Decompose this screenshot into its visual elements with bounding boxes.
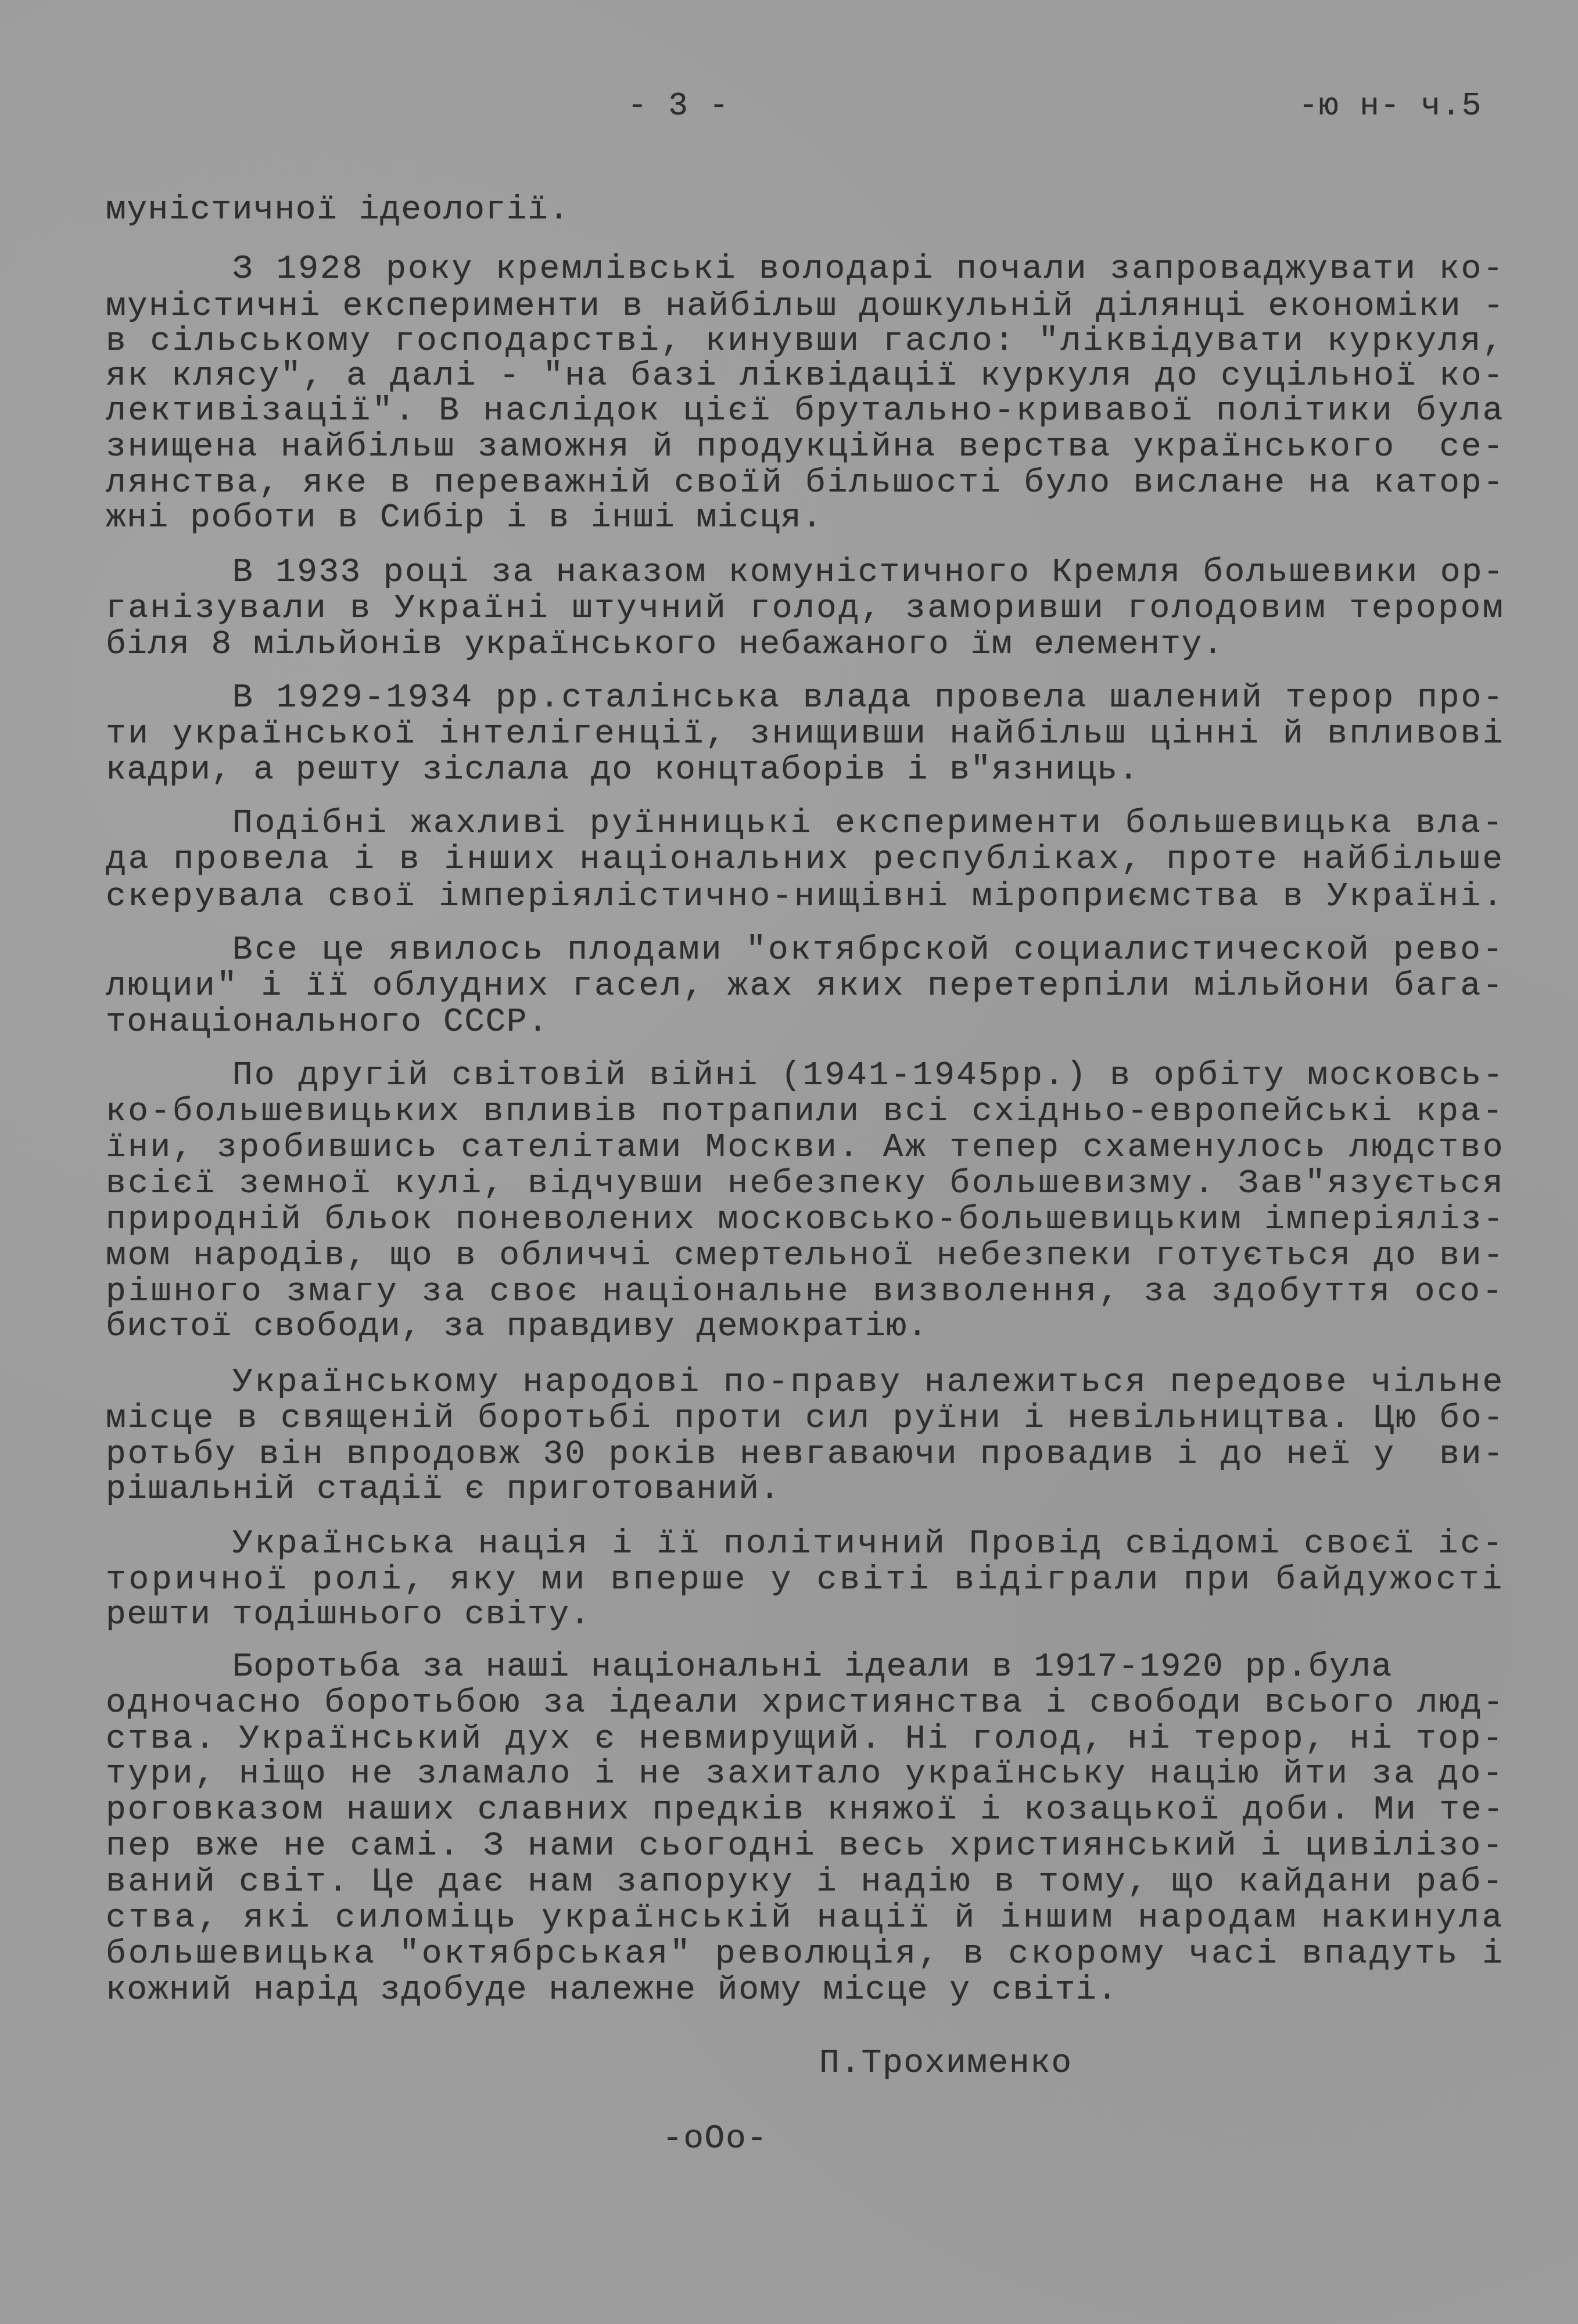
text-line: да провела і в інших національних респуб… [106,841,1505,878]
text-line: знищена найбільш заможня й продукційна в… [106,429,1505,466]
text-line: кожний нарід здобуде належне йому місце … [106,1972,1118,2009]
text-line: в сільському господарстві, кинувши гасло… [106,323,1505,360]
text-line: ваний світ. Це дає нам запоруку і надію … [106,1864,1505,1901]
text-line: муністичні експерименти в найбільш дошку… [106,288,1505,325]
text-line: ства. Український дух є невмирущий. Ні г… [106,1721,1505,1758]
text-line: їни, зробившись сателітами Москви. Аж те… [106,1129,1505,1167]
page-number: - 3 - [627,87,730,124]
text-line: лективізації". В наслідок цієї брутально… [106,393,1505,430]
text-line: муністичної ідеології. [106,192,570,229]
text-line: місце в священій боротьбі проти сил руїн… [106,1400,1505,1437]
text-line: Українська нація і її політичний Провід … [232,1526,1505,1563]
text-line: ства, які силоміць українській нації й і… [106,1900,1505,1937]
text-line: одночасно боротьбою за ідеали християнст… [106,1685,1505,1722]
text-line: тонаціонального СССР. [106,1004,548,1041]
text-line: рішальній стадії є приготований. [106,1471,781,1508]
text-line: Подібні жахливі руїнницькі експерименти … [232,805,1505,842]
text-line: З 1928 року кремлівські володарі почали … [232,251,1505,288]
text-line: решти тодішнього світу. [106,1597,591,1634]
text-line: Боротьба за наші національні ідеали в 19… [232,1649,1393,1686]
text-line: торичної ролі, яку ми вперше у світі від… [106,1562,1505,1599]
text-line: большевицька "октябрськая" революція, в … [106,1936,1505,1973]
text-line: роговказом наших славних предків княжої … [106,1792,1505,1829]
text-line: В 1929-1934 рр.сталінська влада провела … [232,680,1505,717]
text-line: біля 8 мільйонів українського небажаного… [106,626,1224,664]
text-line: скерувала свої імперіялістично-нищівні м… [106,878,1505,916]
author-signature: П.Трохименко [819,2045,1073,2082]
text-line: лянства, яке в переважній своїй більшост… [106,465,1505,502]
text-line: Українському народові по-праву належитьс… [232,1364,1505,1401]
text-line: як клясу", а далі - "на базі ліквідації … [106,358,1505,395]
text-line: бистої свободи, за правдиву демократію. [106,1308,928,1346]
text-line: природній бльок поневолених московсько-б… [106,1202,1505,1239]
text-line: всієї земної кулі, відчувши небезпеку бо… [106,1165,1505,1203]
text-line: мом народів, що в обличчі смертельної не… [106,1238,1505,1275]
text-line: ко-большевицьких впливів потрапили всі с… [106,1093,1505,1131]
text-line: жні роботи в Сибір і в інші місця. [106,500,823,537]
text-line: Все це явилось плодами "октябрской социа… [232,932,1505,969]
text-line: ротьбу він впродовж 30 років невгаваючи … [106,1436,1505,1473]
text-line: тури, ніщо не зламало і не захитало укра… [106,1756,1505,1793]
text-line: люции" і її облудних гасел, жах яких пер… [106,968,1505,1005]
text-line: кадри, а решту зіслала до концтаборів і … [106,752,1139,789]
text-line: ганізували в Україні штучний голод, замо… [106,590,1505,627]
text-line: В 1933 році за наказом комуністичного Кр… [232,554,1505,591]
document-reference-code: -ю н- ч.5 [1299,87,1482,124]
text-line: По другій світовій війні (1941-1945рр.) … [232,1057,1505,1095]
text-line: пер вже не самі. З нами сьогодні весь хр… [106,1828,1505,1865]
text-line: рішного змагу за своє національне визвол… [106,1274,1505,1311]
typewritten-document-page: - 3 - -ю н- ч.5 муністичної ідеології.З … [0,0,1578,2324]
text-line: ти української інтелігенції, знищивши на… [106,716,1505,753]
end-mark: -oOo- [662,2121,768,2158]
